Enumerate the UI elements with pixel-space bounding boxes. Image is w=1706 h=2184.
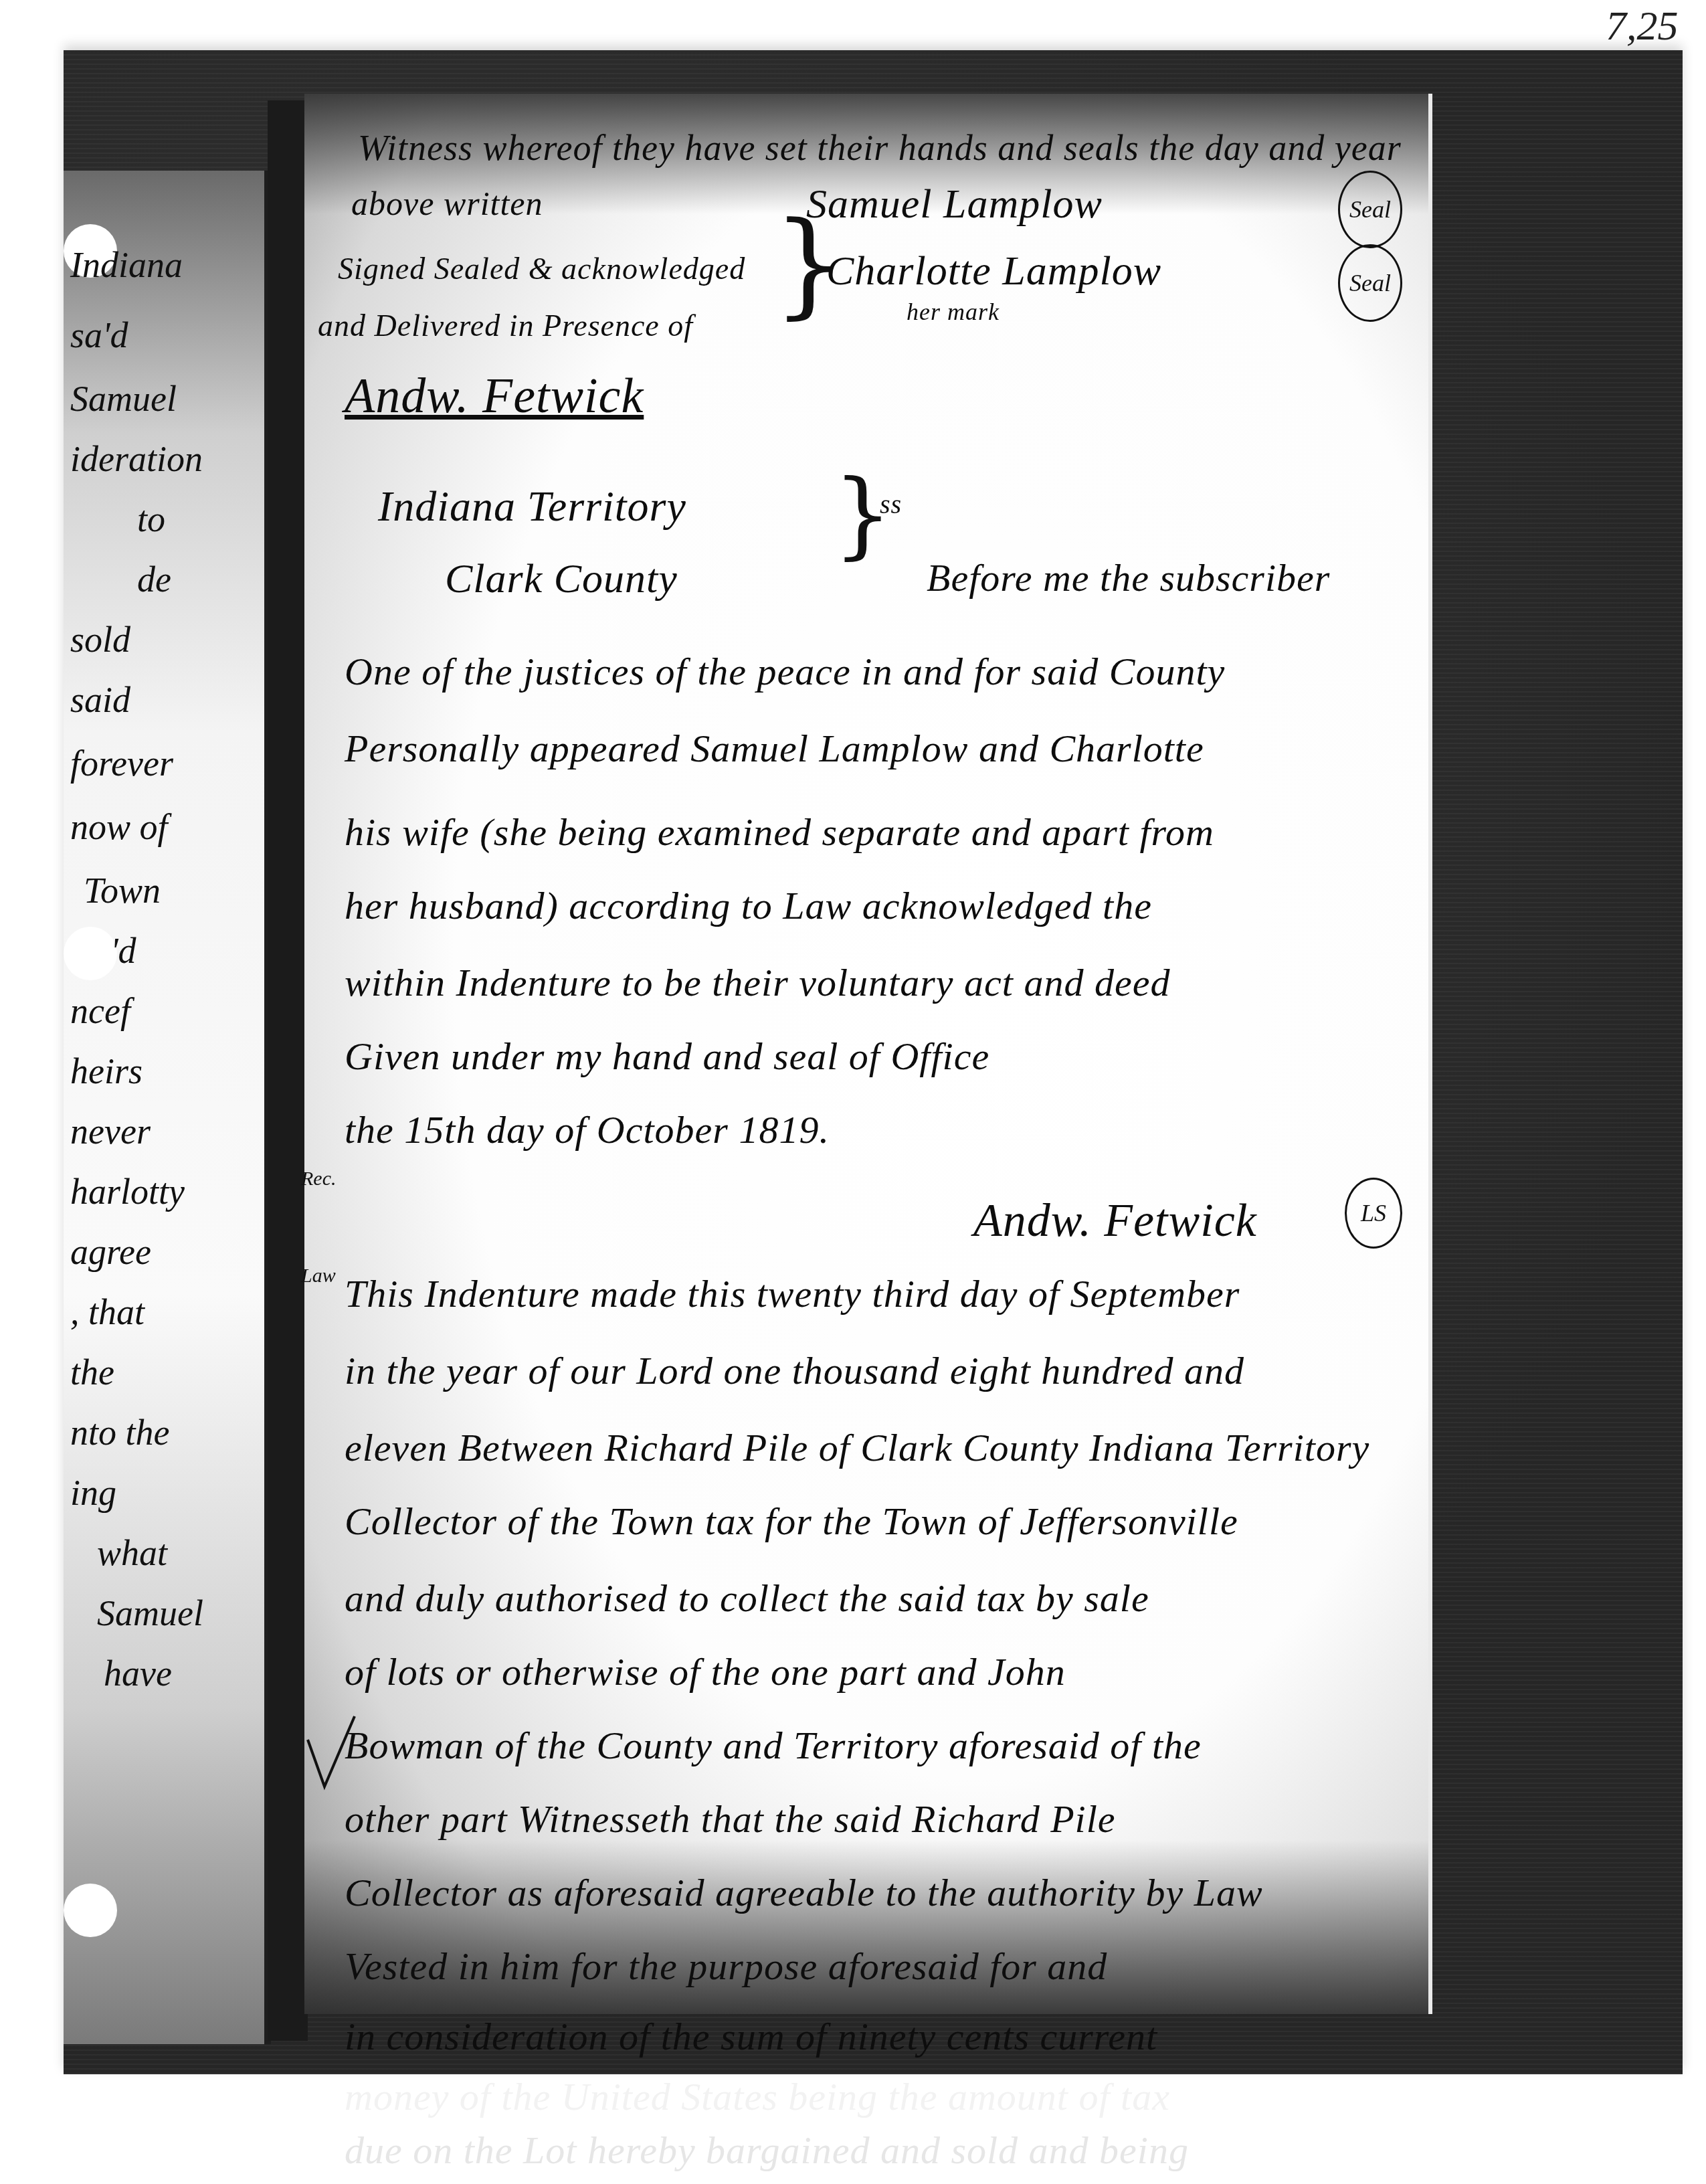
acknowledgment-line: Before me the subscriber bbox=[927, 555, 1330, 600]
indenture-line: eleven Between Richard Pile of Clark Cou… bbox=[345, 1425, 1369, 1470]
venue-territory: Indiana Territory bbox=[378, 482, 686, 531]
seal-icon: Seal bbox=[1338, 171, 1402, 248]
acknowledgment-date: the 15th day of October 1819. bbox=[345, 1107, 830, 1152]
acknowledgment-line: One of the justices of the peace in and … bbox=[345, 649, 1225, 694]
facing-fragment: what bbox=[97, 1532, 167, 1574]
margin-note: Law bbox=[301, 1265, 336, 1287]
attestation-line: Witness whereof they have set their hand… bbox=[358, 127, 1402, 169]
acknowledgment-line: his wife (she being examined separate an… bbox=[345, 810, 1214, 854]
facing-fragment: have bbox=[104, 1653, 172, 1694]
acknowledgment-line: within Indenture to be their voluntary a… bbox=[345, 960, 1170, 1005]
indenture-line: This Indenture made this twenty third da… bbox=[345, 1271, 1240, 1316]
facing-fragment: the bbox=[70, 1352, 114, 1393]
acknowledgment-line: her husband) according to Law acknowledg… bbox=[345, 883, 1152, 928]
check-mark-icon bbox=[304, 1713, 358, 1793]
mark-notation: her mark bbox=[907, 298, 1000, 326]
punch-hole-middle bbox=[64, 927, 117, 980]
facing-fragment: now of bbox=[70, 806, 168, 848]
facing-fragment: never bbox=[70, 1111, 151, 1152]
facing-fragment: said bbox=[70, 679, 130, 721]
venue-abbrev: ss bbox=[880, 488, 902, 520]
indenture-line: other part Witnesseth that the said Rich… bbox=[345, 1797, 1116, 1841]
seal-icon: Seal bbox=[1338, 244, 1402, 322]
facing-fragment: ing bbox=[70, 1472, 116, 1514]
justice-signature: Andw. Fetwick bbox=[973, 1194, 1257, 1248]
facing-fragment: sa'd bbox=[70, 314, 128, 356]
page-number: 7,25 bbox=[1606, 3, 1679, 50]
facing-fragment: forever bbox=[70, 743, 173, 784]
facing-fragment: agree bbox=[70, 1231, 151, 1273]
facing-fragment: to bbox=[137, 498, 165, 540]
signatory-name: Charlotte Lamplow bbox=[826, 248, 1161, 295]
venue-county: Clark County bbox=[445, 555, 678, 603]
facing-fragment: heirs bbox=[70, 1051, 143, 1092]
facing-fragment: de bbox=[137, 559, 171, 600]
attestation-line: above written bbox=[351, 184, 543, 223]
facing-fragment: Samuel bbox=[97, 1592, 203, 1634]
indenture-line: in the year of our Lord one thousand eig… bbox=[345, 1348, 1244, 1393]
indenture-line: money of the United States being the amo… bbox=[345, 2074, 1170, 2119]
indenture-line: and duly authorised to collect the said … bbox=[345, 1576, 1149, 1621]
facing-fragment: Town bbox=[84, 870, 161, 911]
facing-fragment: ideration bbox=[70, 438, 203, 480]
main-document-page: Witness whereof they have set their hand… bbox=[304, 94, 1432, 2014]
page-gutter bbox=[268, 100, 308, 2041]
facing-fragment: , that bbox=[70, 1291, 145, 1333]
facing-fragment: harlotty bbox=[70, 1171, 185, 1212]
margin-note: Rec. bbox=[301, 1168, 336, 1190]
attestation-line: Signed Sealed & acknowledged bbox=[338, 251, 745, 286]
signatory-name: Samuel Lamplow bbox=[806, 181, 1103, 228]
seal-icon: LS bbox=[1345, 1178, 1402, 1249]
indenture-line: Vested in him for the purpose aforesaid … bbox=[345, 1944, 1107, 1989]
acknowledgment-line: Given under my hand and seal of Office bbox=[345, 1034, 989, 1079]
attestation-line: and Delivered in Presence of bbox=[318, 308, 693, 343]
facing-fragment: ncef bbox=[70, 990, 130, 1032]
witness-signature: Andw. Fetwick bbox=[345, 368, 644, 425]
indenture-line: in consideration of the sum of ninety ce… bbox=[345, 2014, 1157, 2059]
indenture-line: Collector of the Town tax for the Town o… bbox=[345, 1499, 1238, 1544]
acknowledgment-line: Personally appeared Samuel Lamplow and C… bbox=[345, 726, 1204, 771]
indenture-line: of lots or otherwise of the one part and… bbox=[345, 1649, 1066, 1694]
punch-hole-bottom bbox=[64, 1884, 117, 1937]
facing-fragment: nto the bbox=[70, 1412, 169, 1453]
indenture-line: Bowman of the County and Territory afore… bbox=[345, 1723, 1202, 1768]
indenture-line: due on the Lot hereby bargained and sold… bbox=[345, 2128, 1189, 2173]
facing-fragment: Samuel bbox=[70, 378, 177, 420]
facing-fragment: 'd bbox=[110, 930, 136, 972]
indenture-line: Collector as aforesaid agreeable to the … bbox=[345, 1870, 1263, 1915]
facing-page: Indiana sa'd Samuel ideration to de sold… bbox=[64, 171, 271, 2044]
facing-fragment: Indiana bbox=[70, 244, 183, 286]
facing-fragment: sold bbox=[70, 619, 130, 660]
